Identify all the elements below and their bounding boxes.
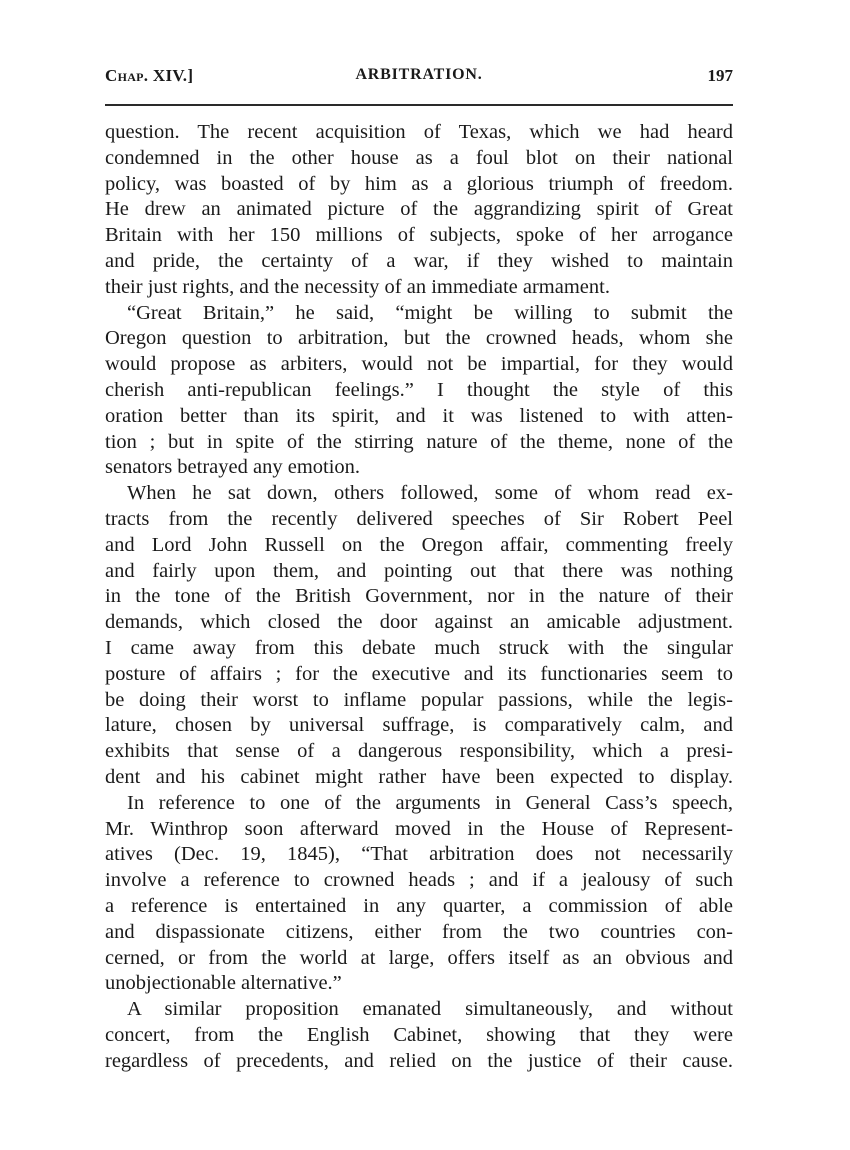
text-line: policy, was boasted of by him as a glori… xyxy=(105,172,733,198)
text-line: I came away from this debate much struck… xyxy=(105,636,733,662)
text-line: regardless of precedents, and relied on … xyxy=(105,1049,733,1075)
text-line: cherish anti-republican feelings.” I tho… xyxy=(105,378,733,404)
text-line: tion ; but in spite of the stirring natu… xyxy=(105,430,733,456)
text-line: involve a reference to crowned heads ; a… xyxy=(105,868,733,894)
text-line: and pride, the certainty of a war, if th… xyxy=(105,249,733,275)
body-text: question. The recent acquisition of Texa… xyxy=(105,120,733,1074)
paragraph: A similar proposition emanated simultane… xyxy=(105,997,733,1074)
text-line: condemned in the other house as a foul b… xyxy=(105,146,733,172)
text-line: unobjectionable alternative.” xyxy=(105,971,733,997)
text-line: and fairly upon them, and pointing out t… xyxy=(105,559,733,585)
paragraph: question. The recent acquisition of Texa… xyxy=(105,120,733,301)
text-line: concert, from the English Cabinet, showi… xyxy=(105,1023,733,1049)
text-line: When he sat down, others followed, some … xyxy=(105,481,733,507)
paragraph: “Great Britain,” he said, “might be will… xyxy=(105,301,733,482)
paragraph: In reference to one of the arguments in … xyxy=(105,791,733,997)
text-line: their just rights, and the necessity of … xyxy=(105,275,733,301)
book-page: Chap. XIV.] ARBITRATION. 197 question. T… xyxy=(0,0,850,1150)
page-number: 197 xyxy=(708,66,734,86)
text-line: cerned, or from the world at large, offe… xyxy=(105,946,733,972)
text-line: Mr. Winthrop soon afterward moved in the… xyxy=(105,817,733,843)
text-line: Britain with her 150 millions of subject… xyxy=(105,223,733,249)
text-line: demands, which closed the door against a… xyxy=(105,610,733,636)
text-line: dent and his cabinet might rather have b… xyxy=(105,765,733,791)
running-head: Chap. XIV.] ARBITRATION. 197 xyxy=(105,66,733,90)
text-line: lature, chosen by universal suffrage, is… xyxy=(105,713,733,739)
text-line: tracts from the recently delivered speec… xyxy=(105,507,733,533)
text-line: would propose as arbiters, would not be … xyxy=(105,352,733,378)
paragraph: When he sat down, others followed, some … xyxy=(105,481,733,791)
text-line: Oregon question to arbitration, but the … xyxy=(105,326,733,352)
page-title: ARBITRATION. xyxy=(105,66,733,84)
text-line: and dispassionate citizens, either from … xyxy=(105,920,733,946)
text-line: and Lord John Russell on the Oregon affa… xyxy=(105,533,733,559)
text-line: A similar proposition emanated simultane… xyxy=(105,997,733,1023)
text-line: oration better than its spirit, and it w… xyxy=(105,404,733,430)
header-rule xyxy=(105,104,733,106)
text-line: question. The recent acquisition of Texa… xyxy=(105,120,733,146)
text-line: He drew an animated picture of the aggra… xyxy=(105,197,733,223)
text-line: posture of affairs ; for the executive a… xyxy=(105,662,733,688)
text-line: atives (Dec. 19, 1845), “That arbitratio… xyxy=(105,842,733,868)
text-line: exhibits that sense of a dangerous respo… xyxy=(105,739,733,765)
text-line: In reference to one of the arguments in … xyxy=(105,791,733,817)
text-line: in the tone of the British Government, n… xyxy=(105,584,733,610)
text-line: be doing their worst to inflame popular … xyxy=(105,688,733,714)
text-line: senators betrayed any emotion. xyxy=(105,455,733,481)
text-line: “Great Britain,” he said, “might be will… xyxy=(105,301,733,327)
text-line: a reference is entertained in any quarte… xyxy=(105,894,733,920)
